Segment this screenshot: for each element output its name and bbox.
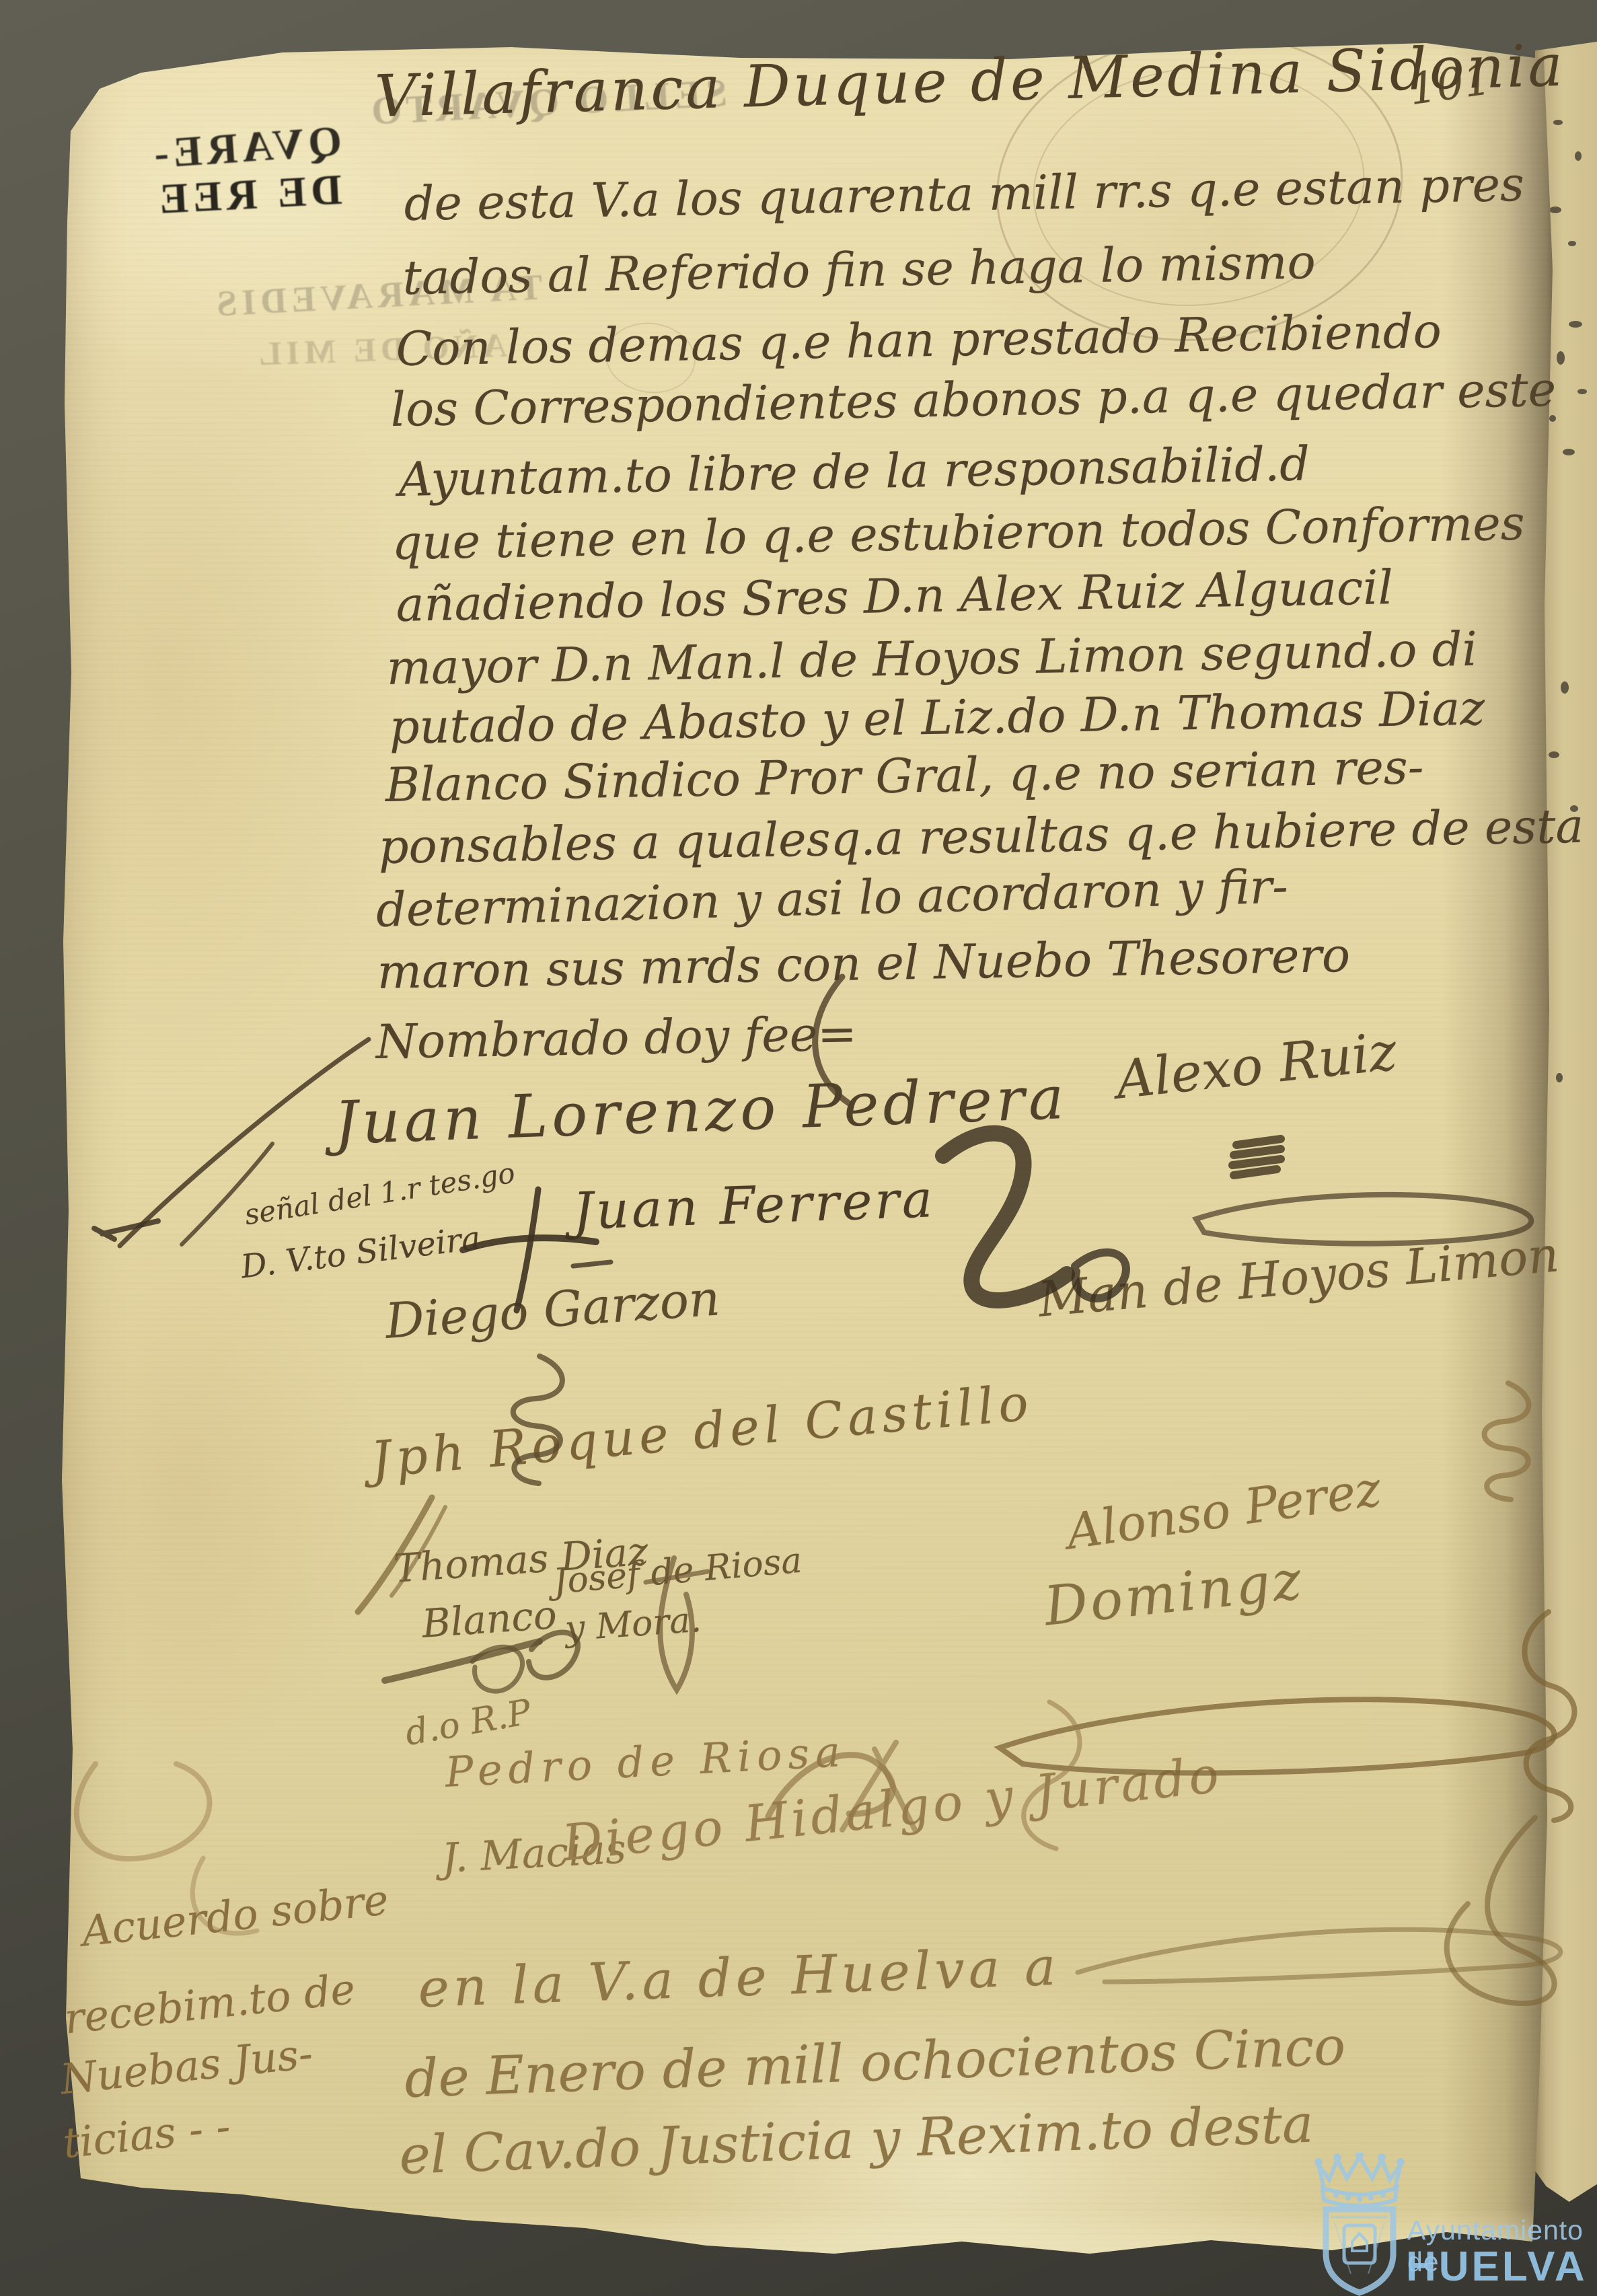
margin-loop-1	[77, 1764, 210, 1859]
riosa-dagger-bar	[646, 1571, 708, 1582]
perez-descender-loops	[1447, 1818, 1555, 2003]
garzon-coil	[513, 1356, 562, 1483]
watermark-text-line2: HUELVA	[1406, 2243, 1588, 2291]
ferrera-rubric-main	[943, 1134, 1067, 1300]
huelva-crest-icon	[1309, 2153, 1410, 2296]
lorenzo-ascender	[815, 977, 849, 1103]
ruiz-scribble	[1232, 1139, 1281, 1175]
hidalgo-knot	[1024, 1702, 1080, 1849]
rubric-flourishes	[0, 0, 1597, 2296]
margin-slash-long	[120, 1039, 369, 1246]
diaz-sword-blade	[385, 1641, 540, 1680]
ferrera-rubric-ring	[1075, 1253, 1126, 1298]
perez-leaf	[1000, 1699, 1554, 1773]
witness-cross-equals	[573, 1262, 611, 1266]
archive-watermark: Ayuntamiento de HUELVA	[1309, 2153, 1592, 2296]
margin-slash-short	[182, 1144, 272, 1245]
hoyos-coil	[1485, 1383, 1529, 1499]
perez-lower-leaf	[1078, 1929, 1561, 1982]
witness-cross-vertical	[517, 1189, 538, 1310]
margin-loop-2	[192, 1858, 257, 1933]
ruiz-lens	[1196, 1195, 1531, 1244]
archive-photo-scene: SELLO QVARTO QVARE- DE REE TA MARAVEDIS …	[0, 0, 1597, 2296]
pedro-rubric	[768, 1755, 893, 1816]
